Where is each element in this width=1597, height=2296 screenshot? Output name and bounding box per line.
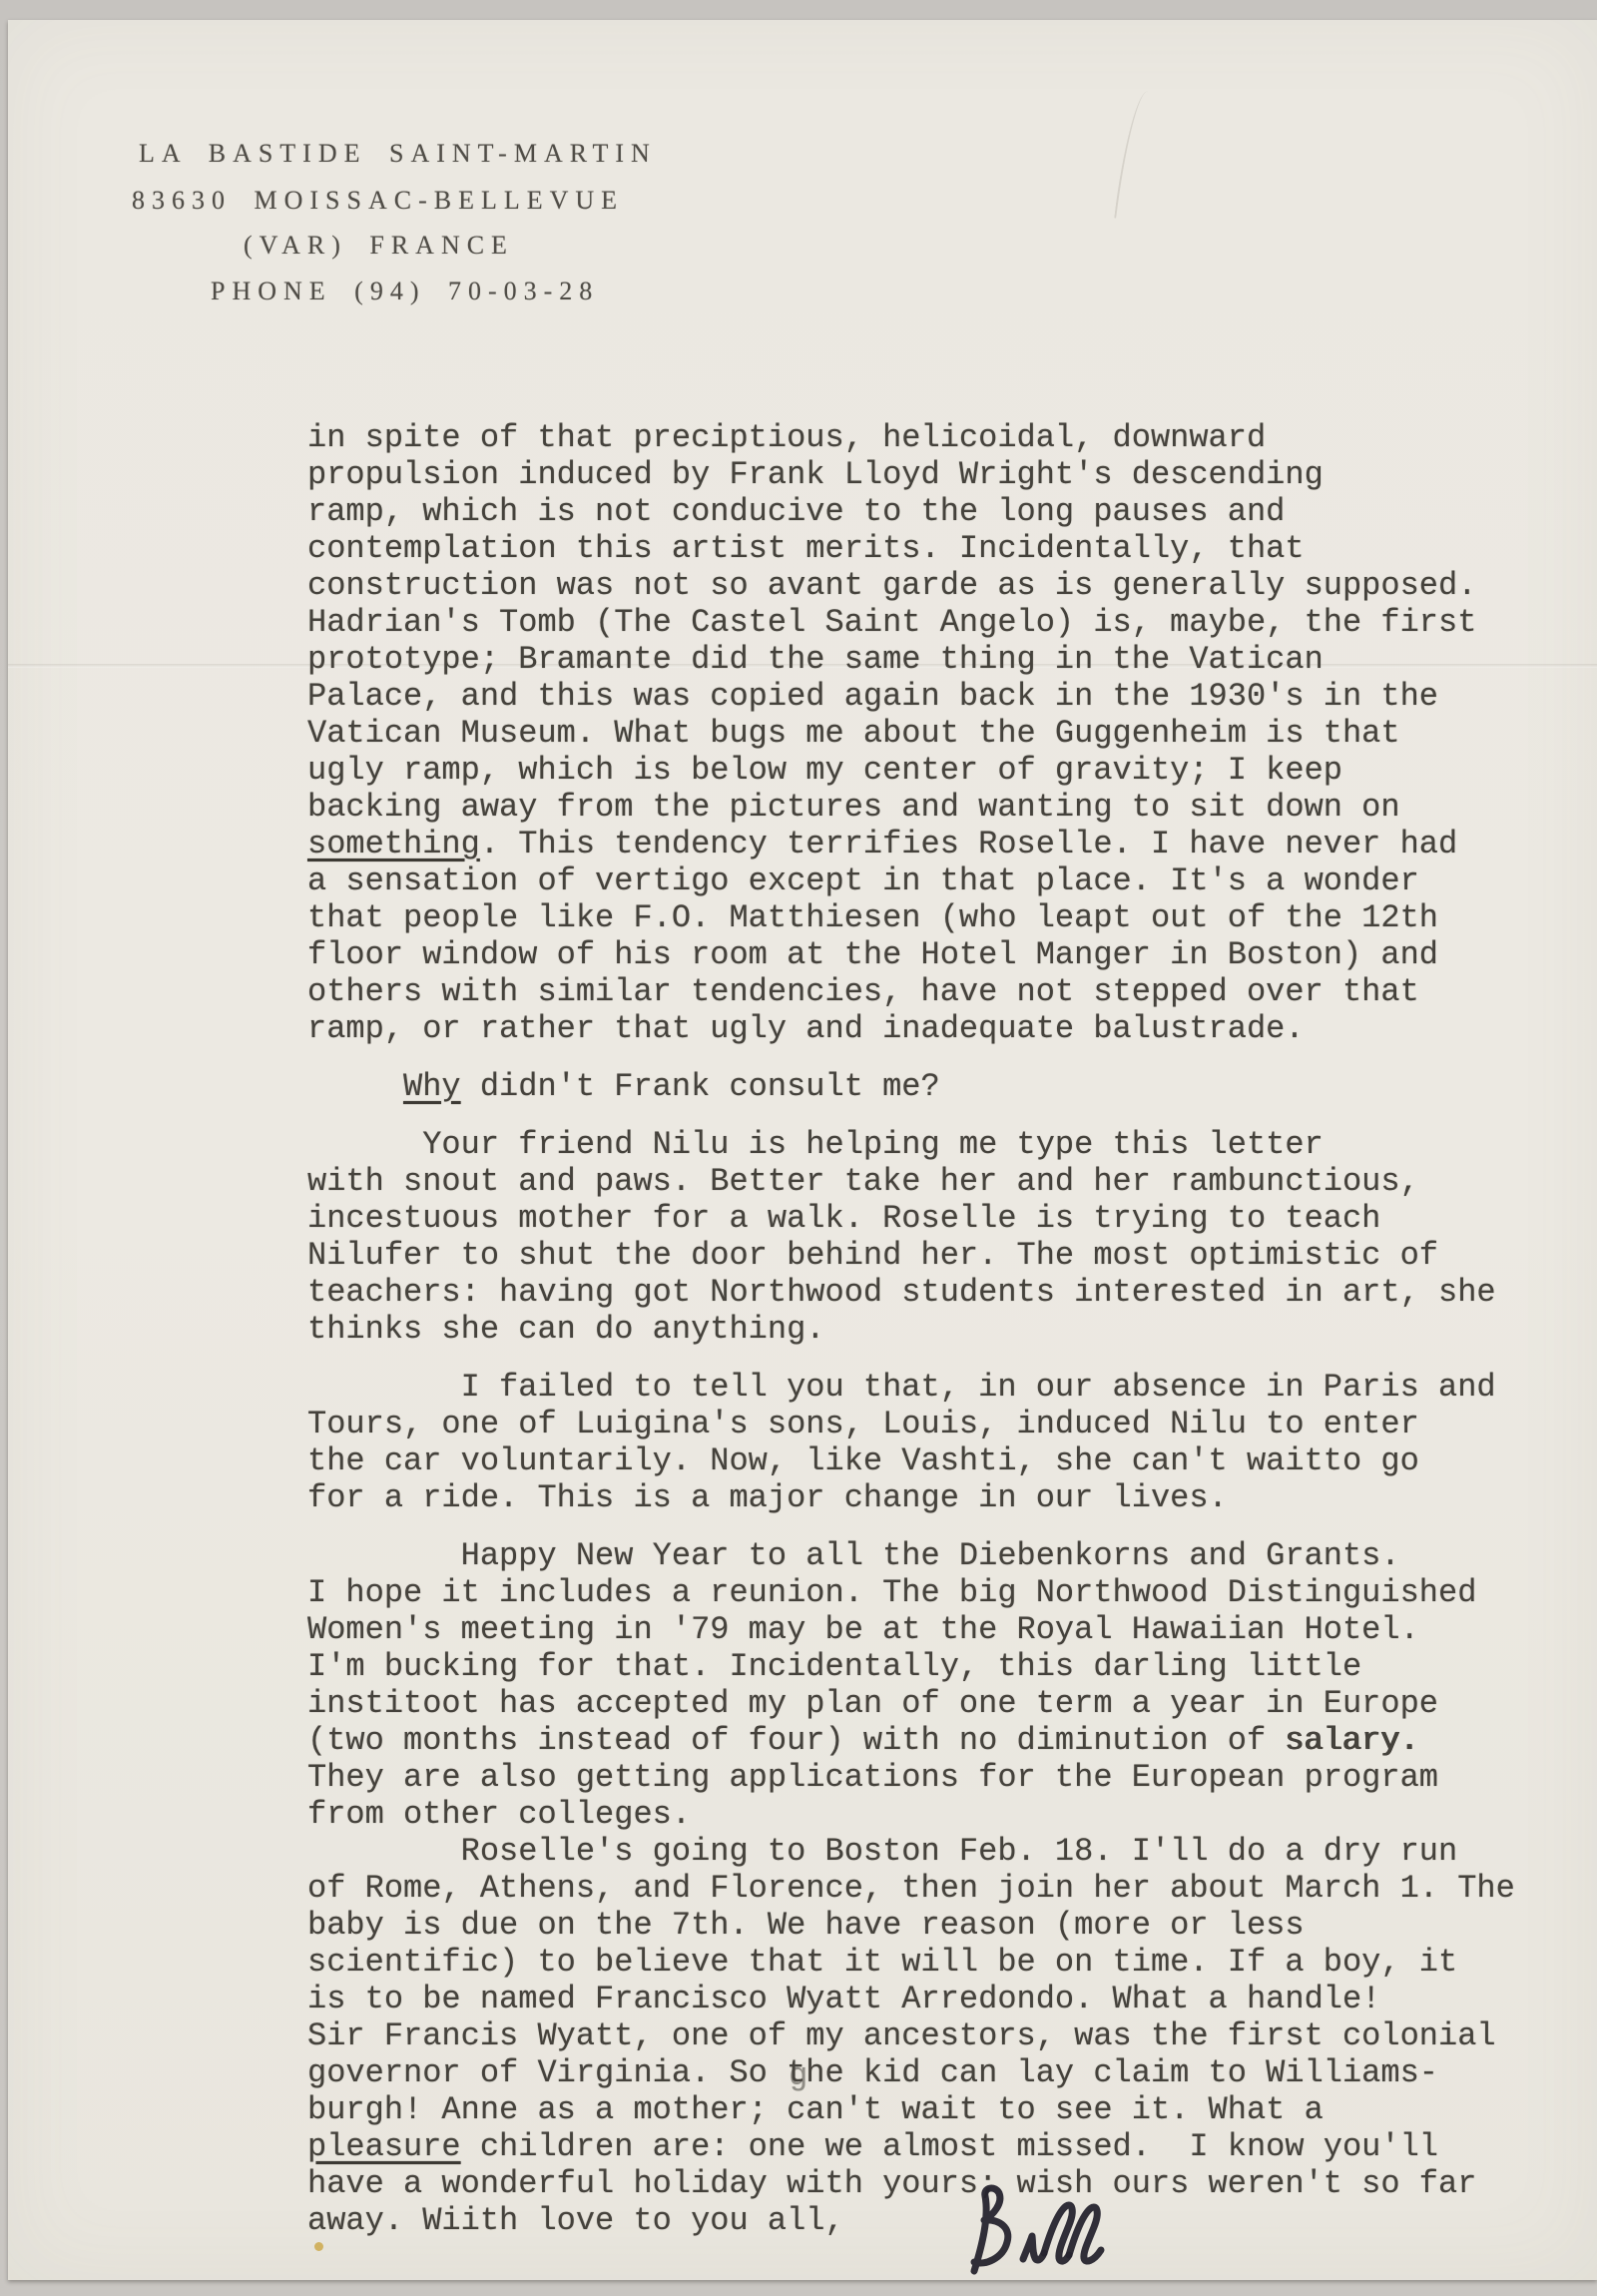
paragraph: I failed to tell you that, in our absenc… [307, 1369, 1581, 1516]
letter-page: LA BASTIDE SAINT-MARTIN 83630 MOISSAC-BE… [8, 20, 1597, 2280]
signature-bill [944, 2181, 1139, 2293]
paragraph: Your friend Nilu is helping me type this… [307, 1126, 1581, 1348]
letterhead-phone: PHONE (94) 70-03-28 [211, 279, 599, 304]
letterhead-name: LA BASTIDE SAINT-MARTIN [139, 141, 657, 167]
scanned-letter: { "letterhead": { "line1": "LA BASTIDE S… [0, 0, 1597, 2296]
letterhead-region: (VAR) FRANCE [244, 233, 514, 259]
paper-speck [314, 2242, 323, 2251]
letter-body: in spite of that preciptious, helicoidal… [307, 419, 1581, 2239]
letterhead-address: 83630 MOISSAC-BELLEVUE [132, 188, 624, 214]
paragraph: Roselle's going to Boston Feb. 18. I'll … [307, 1833, 1581, 2239]
paragraph: in spite of that preciptious, helicoidal… [307, 419, 1581, 1047]
crease-mark [1114, 89, 1148, 220]
paragraph: Happy New Year to all the Diebenkorns an… [307, 1537, 1581, 1833]
paragraph: Why didn't Frank consult me? [307, 1068, 1581, 1105]
